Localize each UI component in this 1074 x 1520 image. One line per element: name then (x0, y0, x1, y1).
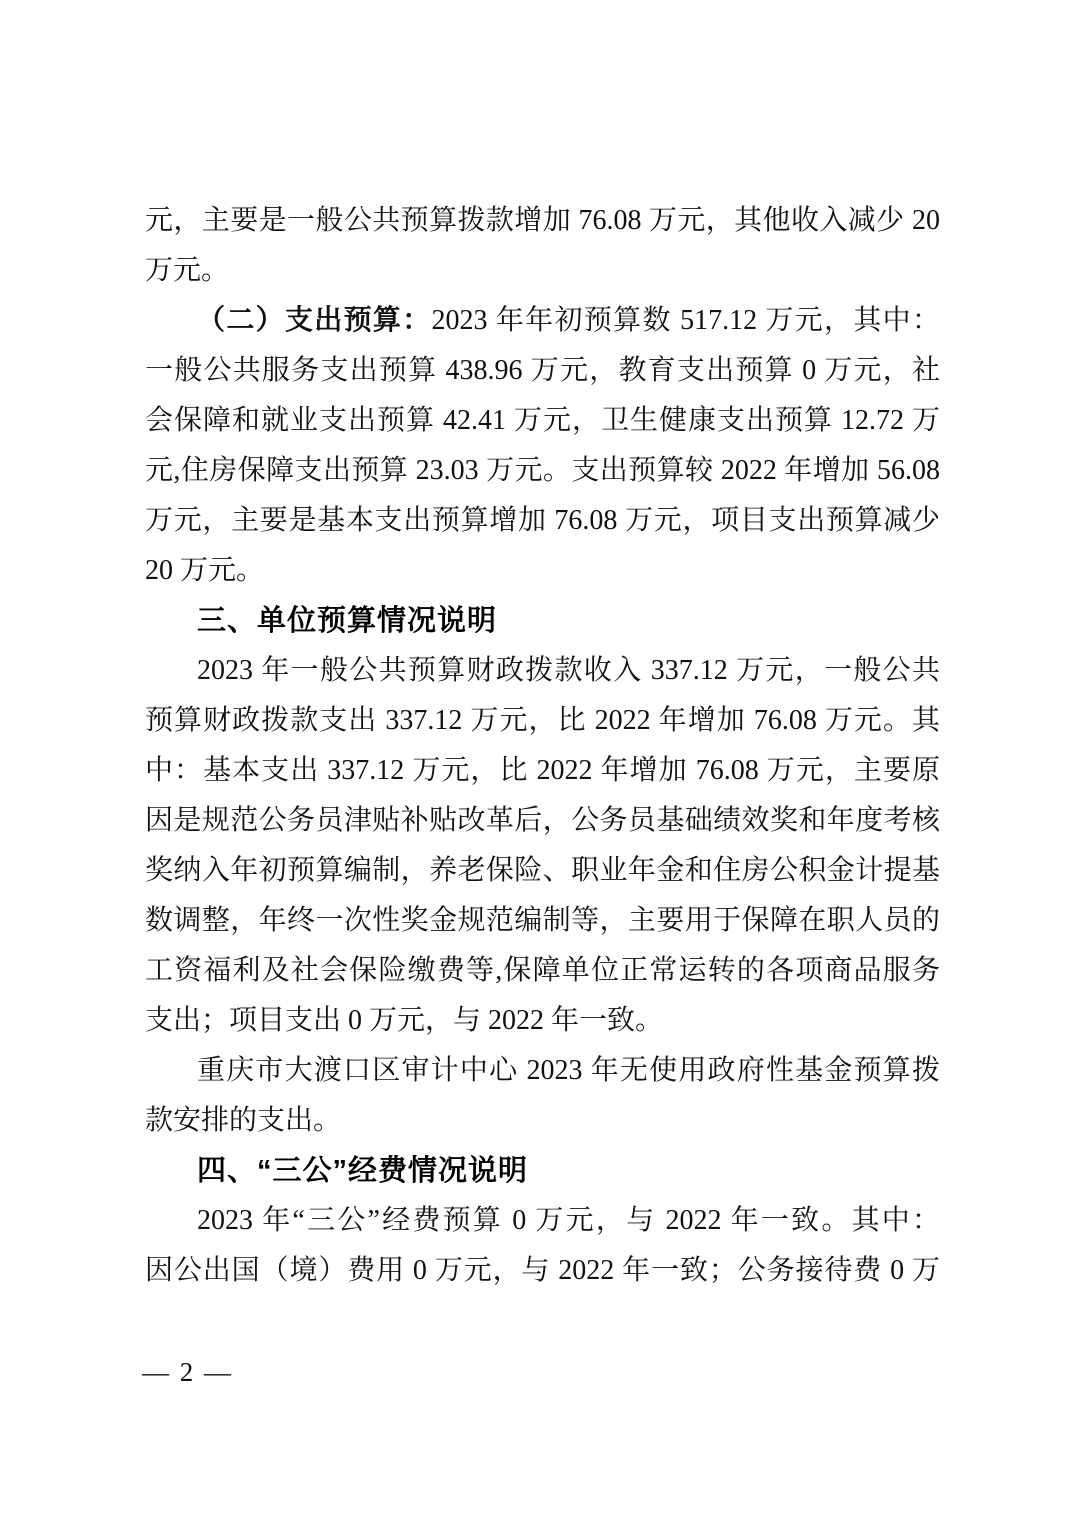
line-text: 万元，主要是基本支出预算增加 76.08 万元，项目支出预算减少 (145, 505, 940, 536)
line-text: 数调整，年终一次性奖金规范编制等，主要用于保障在职人员的 (145, 905, 940, 936)
text-line: 款安排的支出。 (145, 1096, 940, 1146)
text-line: 2023 年一般公共预算财政拨款收入 337.12 万元，一般公共 (145, 646, 940, 696)
line-text: 20 万元。 (145, 555, 264, 586)
line-text: 万元。 (145, 255, 229, 286)
line-text: 2023 年一般公共预算财政拨款收入 337.12 万元，一般公共 (197, 655, 940, 686)
text-line: 三、单位预算情况说明 (145, 596, 940, 646)
line-lead-bold: （二）支出预算： (197, 305, 432, 336)
line-text: 四、“三公”经费情况说明 (197, 1155, 528, 1187)
text-line: 一般公共服务支出预算 438.96 万元，教育支出预算 0 万元，社 (145, 346, 940, 396)
text-line: 奖纳入年初预算编制，养老保险、职业年金和住房公积金计提基 (145, 846, 940, 896)
text-line: 工资福利及社会保险缴费等,保障单位正常运转的各项商品服务 (145, 946, 940, 996)
line-text: 奖纳入年初预算编制，养老保险、职业年金和住房公积金计提基 (145, 855, 940, 886)
text-line: 元,住房保障支出预算 23.03 万元。支出预算较 2022 年增加 56.08 (145, 446, 940, 496)
line-text: 会保障和就业支出预算 42.41 万元，卫生健康支出预算 12.72 万 (145, 405, 940, 436)
text-line: 因公出国（境）费用 0 万元，与 2022 年一致；公务接待费 0 万 (145, 1246, 940, 1296)
line-text: 元，主要是一般公共预算拨款增加 76.08 万元，其他收入减少 20 (145, 205, 940, 236)
line-text: 支出；项目支出 0 万元，与 2022 年一致。 (145, 1005, 663, 1036)
text-line: 重庆市大渡口区审计中心 2023 年无使用政府性基金预算拨 (145, 1046, 940, 1096)
line-text: 元,住房保障支出预算 23.03 万元。支出预算较 2022 年增加 56.08 (145, 455, 940, 486)
text-line: 万元，主要是基本支出预算增加 76.08 万元，项目支出预算减少 (145, 496, 940, 546)
line-text: 款安排的支出。 (145, 1105, 341, 1136)
document-body: 元，主要是一般公共预算拨款增加 76.08 万元，其他收入减少 20万元。（二）… (145, 196, 940, 1296)
text-line: 元，主要是一般公共预算拨款增加 76.08 万元，其他收入减少 20 (145, 196, 940, 246)
document-page: 元，主要是一般公共预算拨款增加 76.08 万元，其他收入减少 20万元。（二）… (0, 0, 1074, 1520)
text-line: 因是规范公务员津贴补贴改革后，公务员基础绩效奖和年度考核 (145, 796, 940, 846)
text-line: 预算财政拨款支出 337.12 万元，比 2022 年增加 76.08 万元。其 (145, 696, 940, 746)
text-line: 四、“三公”经费情况说明 (145, 1146, 940, 1196)
text-line: 中：基本支出 337.12 万元，比 2022 年增加 76.08 万元，主要原 (145, 746, 940, 796)
text-line: 万元。 (145, 246, 940, 296)
text-line: 支出；项目支出 0 万元，与 2022 年一致。 (145, 996, 940, 1046)
text-line: 数调整，年终一次性奖金规范编制等，主要用于保障在职人员的 (145, 896, 940, 946)
line-text: 重庆市大渡口区审计中心 2023 年无使用政府性基金预算拨 (197, 1055, 940, 1086)
page-number: — 2 — (142, 1352, 233, 1392)
line-text: 2023 年年初预算数 517.12 万元，其中： (432, 305, 940, 336)
line-text: 2023 年“三公”经费预算 0 万元，与 2022 年一致。其中： (197, 1205, 940, 1236)
text-line: 2023 年“三公”经费预算 0 万元，与 2022 年一致。其中： (145, 1196, 940, 1246)
line-text: 中：基本支出 337.12 万元，比 2022 年增加 76.08 万元，主要原 (145, 755, 940, 786)
text-line: 会保障和就业支出预算 42.41 万元，卫生健康支出预算 12.72 万 (145, 396, 940, 446)
line-text: 因公出国（境）费用 0 万元，与 2022 年一致；公务接待费 0 万 (145, 1255, 940, 1286)
line-text: 预算财政拨款支出 337.12 万元，比 2022 年增加 76.08 万元。其 (145, 705, 940, 736)
text-line: （二）支出预算：2023 年年初预算数 517.12 万元，其中： (145, 296, 940, 346)
line-text: 因是规范公务员津贴补贴改革后，公务员基础绩效奖和年度考核 (145, 805, 940, 836)
line-text: 三、单位预算情况说明 (197, 605, 497, 637)
line-text: 工资福利及社会保险缴费等,保障单位正常运转的各项商品服务 (145, 955, 940, 986)
text-line: 20 万元。 (145, 546, 940, 596)
line-text: 一般公共服务支出预算 438.96 万元，教育支出预算 0 万元，社 (145, 355, 940, 386)
